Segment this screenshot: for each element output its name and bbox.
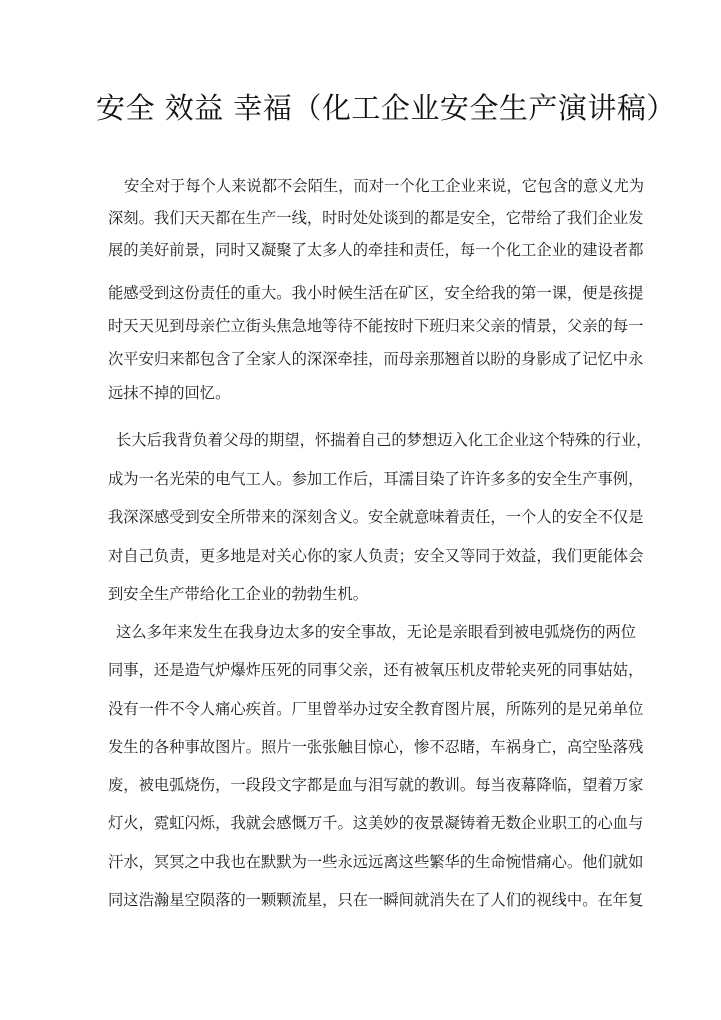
document-title: 安全 效益 幸福（化工企业安全生产演讲稿） [96,86,641,130]
paragraph-3-line-3: 没有一件不令人痛心疾首。厂里曾举办过安全教育图片展，所陈列的是兄弟单位 [108,699,628,719]
paragraph-2-line-5: 到安全生产带给化工企业的勃勃生机。 [108,584,628,604]
paragraph-2-line-4: 对自己负责，更多地是对关心你的家人负责；安全又等同于效益，我们更能体会 [108,546,628,566]
document-page: 安全 效益 幸福（化工企业安全生产演讲稿） 安全对于每个人来说都不会陌生，而对一… [0,0,721,1020]
paragraph-1-line-4: 能感受到这份责任的重大。我小时候生活在矿区，安全给我的第一课，便是孩提 [108,283,628,303]
paragraph-2-line-1: 长大后我背负着父母的期望，怀揣着自己的梦想迈入化工企业这个特殊的行业， [116,430,628,450]
paragraph-2-line-3: 我深深感受到安全所带来的深刻含义。安全就意味着责任，一个人的安全不仅是 [108,507,628,527]
paragraph-1-line-7: 远抹不掉的回忆。 [108,383,628,403]
paragraph-1-line-2: 深刻。我们天天都在生产一线，时时处处谈到的都是安全，它带给了我们企业发 [108,208,628,228]
paragraph-1-line-1: 安全对于每个人来说都不会陌生，而对一个化工企业来说，它包含的意义尤为 [124,176,628,196]
paragraph-3-line-5: 废，被电弧烧伤，一段段文字都是血与泪写就的教训。每当夜幕降临，望着万家 [108,775,628,795]
paragraph-1-line-3: 展的美好前景，同时又凝聚了太多人的牵挂和责任，每一个化工企业的建设者都 [108,240,628,260]
paragraph-1-line-6: 次平安归来都包含了全家人的深深牵挂，而母亲那翘首以盼的身影成了记忆中永 [108,349,628,369]
paragraph-3-line-1: 这么多年来发生在我身边太多的安全事故，无论是亲眼看到被电弧烧伤的两位 [116,622,628,642]
paragraph-3-line-2: 同事，还是造气炉爆炸压死的同事父亲，还有被氧压机皮带轮夹死的同事姑姑， [108,660,628,680]
paragraph-3-line-7: 汗水，冥冥之中我也在默默为一些永远远离这些繁华的生命惋惜痛心。他们就如 [108,852,628,872]
paragraph-2-line-2: 成为一名光荣的电气工人。参加工作后，耳濡目染了许许多多的安全生产事例， [108,469,628,489]
paragraph-3-line-4: 发生的各种事故图片。照片一张张触目惊心，惨不忍睹，车祸身亡，高空坠落残 [108,737,628,757]
paragraph-3-line-6: 灯火，霓虹闪烁，我就会感慨万千。这美妙的夜景凝铸着无数企业职工的心血与 [108,813,628,833]
paragraph-3-line-8: 同这浩瀚星空陨落的一颗颗流星，只在一瞬间就消失在了人们的视线中。在年复 [108,890,628,910]
paragraph-1-line-5: 时天天见到母亲伫立街头焦急地等待不能按时下班归来父亲的情景，父亲的每一 [108,316,628,336]
